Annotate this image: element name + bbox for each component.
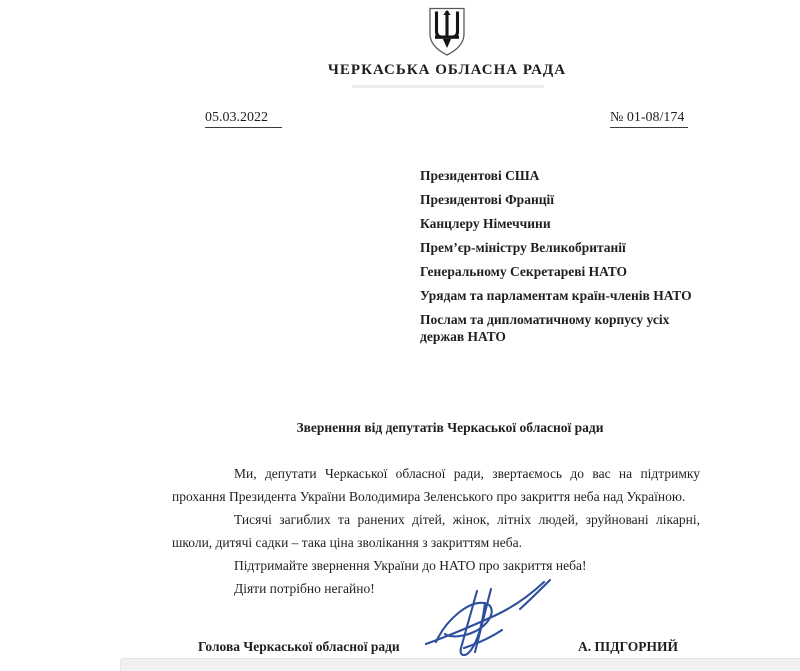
addressee-nato-secretary-general: Генеральному Секретареві НАТО bbox=[420, 263, 710, 280]
org-name: ЧЕРКАСЬКА ОБЛАСНА РАДА bbox=[147, 62, 747, 79]
signer-position-label: Голова Черкаської обласної ради bbox=[198, 639, 400, 655]
scanned-letter-page: ЧЕРКАСЬКА ОБЛАСНА РАДА 05.03.2022 № 01-0… bbox=[0, 0, 800, 671]
document-ref-number: № 01-08/174 bbox=[610, 110, 688, 128]
addressee-list: Президентові США Президентові Франції Ка… bbox=[420, 167, 710, 352]
letterhead-divider bbox=[352, 85, 544, 88]
ukraine-trident-emblem-icon bbox=[426, 7, 468, 57]
signer-name: А. ПІДГОРНИЙ bbox=[578, 639, 678, 655]
addressee-usa-president: Президентові США bbox=[420, 167, 710, 184]
addressee-nato-governments: Урядам та парламентам країн-членів НАТО bbox=[420, 287, 710, 304]
background-strip bbox=[120, 658, 800, 671]
body-paragraph-appeal: Ми, депутати Черкаської обласної ради, з… bbox=[172, 462, 700, 508]
handwritten-signature-icon bbox=[420, 576, 560, 666]
addressee-germany-chancellor: Канцлеру Німеччини bbox=[420, 215, 710, 232]
document-title: Звернення від депутатів Черкаської облас… bbox=[175, 420, 725, 436]
addressee-nato-diplomatic-corps: Послам та дипломатичному корпусу усіх де… bbox=[420, 311, 710, 345]
document-date: 05.03.2022 bbox=[205, 110, 282, 128]
body-paragraph-support-call: Підтримайте звернення України до НАТО пр… bbox=[172, 554, 700, 577]
body-paragraph-casualties: Тисячі загиблих та ранених дітей, жінок,… bbox=[172, 508, 700, 554]
addressee-france-president: Президентові Франції bbox=[420, 191, 710, 208]
addressee-uk-prime-minister: Прем’єр-міністру Великобританії bbox=[420, 239, 710, 256]
